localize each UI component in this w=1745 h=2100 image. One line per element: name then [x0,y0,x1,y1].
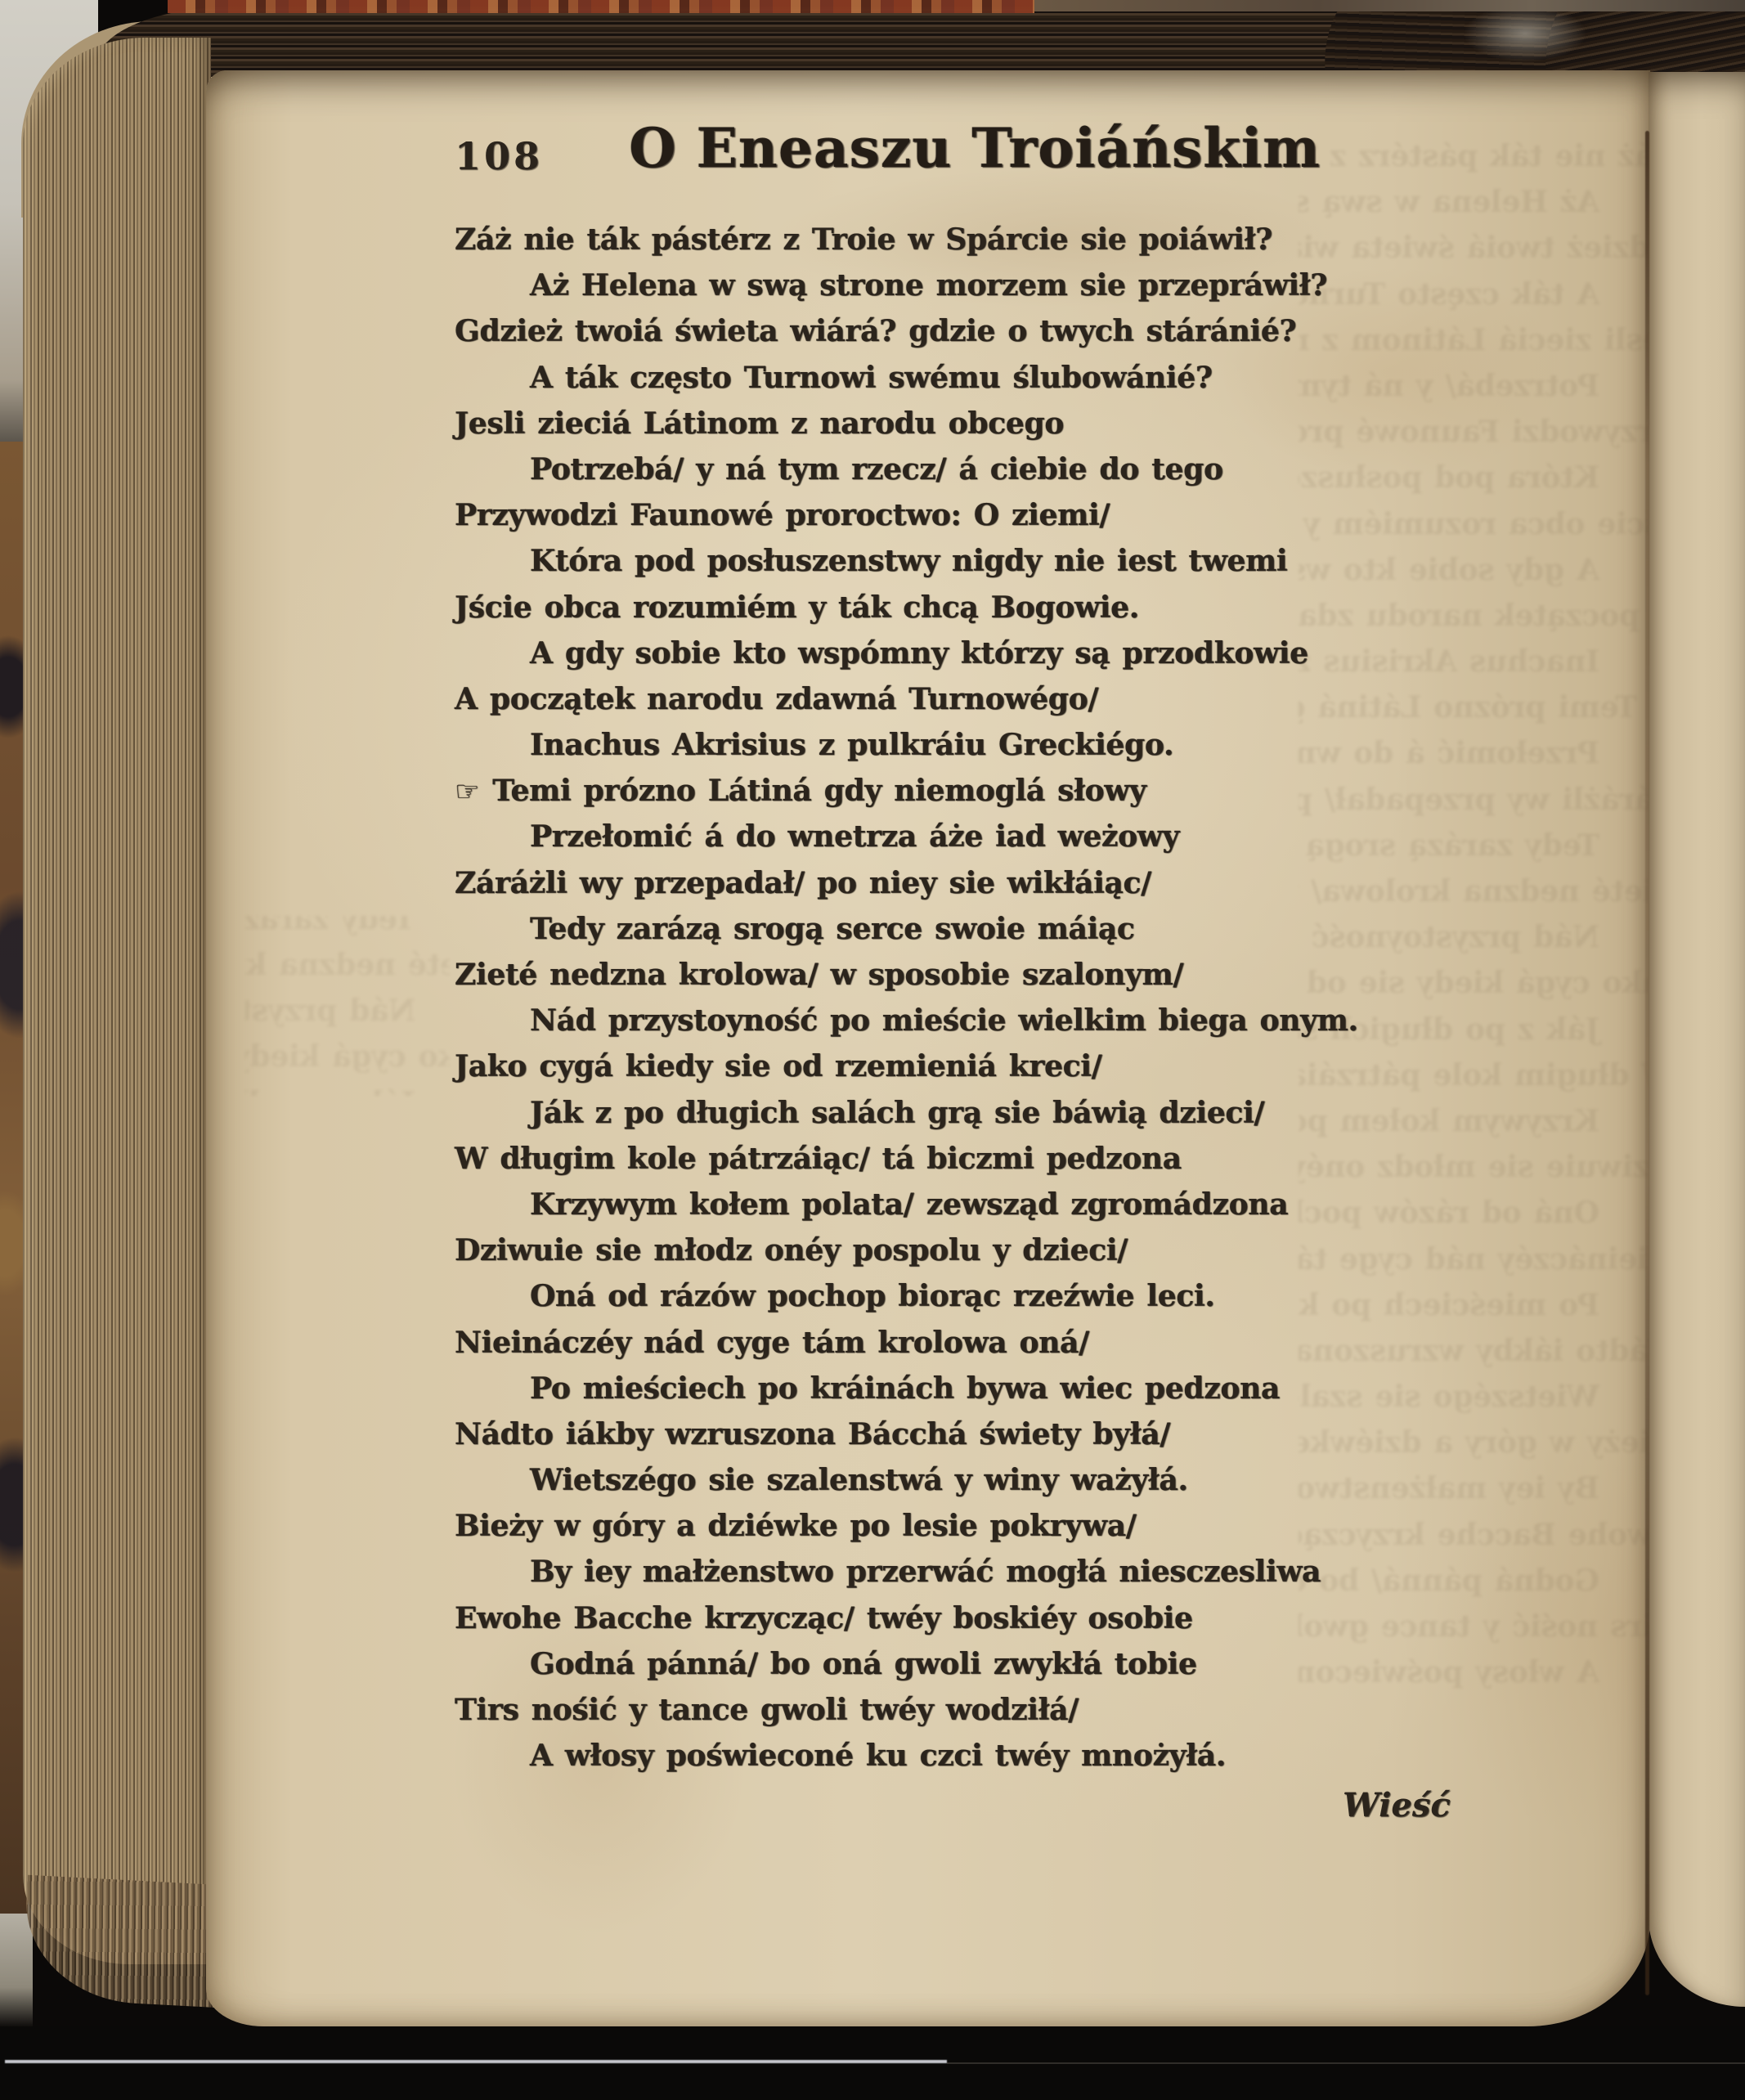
poem-line-text: Dziwuie sie młodz onéy pospolu y dzieci/ [455,1233,1128,1268]
poem-line-text: Aż Helena w swą strone morzem sie przepr… [530,268,1327,303]
poem-line: ☞Temi prózno Látiná gdy niemoglá słowy [455,774,1281,819]
poem-line: Godná pánná/ bo oná gwoli zwykłá tobie [455,1647,1281,1693]
poem-line-text: Nádto iákby wzruszona Bácchá świety byłá… [455,1417,1170,1452]
poem-line: Ewohe Bacche krzycząc/ twéy boskiéy osob… [455,1601,1281,1647]
poem-line-text: Tirs nośić y tance gwoli twéy wodziłá/ [455,1693,1079,1727]
poem-line: Jako cygá kiedy sie od rzemieniá kreci/ [455,1049,1281,1095]
top-edge-right [1034,0,1745,11]
poem-line-text: Ják z po długich salách grą sie báwią dz… [530,1096,1264,1130]
page-number: 108 [455,134,543,178]
book-scan: Záż nie ták pástérz z Troie w Spárcie si… [0,0,1745,2100]
poem-line-text: Bieży w góry a dziéwke po lesie pokrywa/ [455,1509,1137,1543]
marbled-top-edge [168,0,1034,13]
poem-line-text: A początek narodu zdawná Turnowégo/ [455,682,1098,716]
poem-line-text: A ták często Turnowi swému ślubowánié? [530,361,1213,395]
gutter-crease [1645,131,1649,1995]
poem-line: Ják z po długich salách grą sie báwią dz… [455,1096,1281,1142]
poem-line-text: Tedy zarázą srogą serce swoie máiąc [530,912,1135,946]
manicule-icon: ☞ [455,775,479,808]
poem-line: Przywodzi Faunowé proroctwo: O ziemi/ [455,498,1281,544]
poem-line: Oná od rázów pochop biorąc rzeźwie leci. [455,1279,1281,1325]
poem-line-text: A włosy poświeconé ku czci twéy mnożyłá. [530,1739,1226,1773]
poem-line: Jesli zieciá Látinom z narodu obcego [455,406,1281,452]
catchword: Wieść [1343,1786,1451,1824]
page-header-title: O Eneaszu Troiáńskim [607,116,1343,180]
poem-line-text: Potrzebá/ y ná tym rzecz/ á ciebie do te… [530,452,1223,487]
poem-line: A włosy poświeconé ku czci twéy mnożyłá. [455,1739,1281,1784]
poem-line: Gdzież twoiá świeta wiárá? gdzie o twych… [455,314,1281,360]
poem-line-text: Inachus Akrisius z pulkráiu Greckiégo. [530,728,1173,762]
poem-line: A gdy sobie kto wspómny którzy są przodk… [455,636,1281,682]
poem-line-text: Po mieściech po kráinách bywa wiec pedzo… [530,1371,1280,1406]
poem-line: A początek narodu zdawná Turnowégo/ [455,682,1281,728]
scan-artifact-line-dim [947,2062,1745,2064]
next-page-edge [1649,72,1745,2007]
poem-line-text: A gdy sobie kto wspómny którzy są przodk… [530,636,1308,671]
poem-line-text: Godná pánná/ bo oná gwoli zwykłá tobie [530,1647,1197,1681]
poem-line-text: Która pod posłuszenstwy nigdy nie iest t… [530,544,1287,578]
poem-line: Przełomić á do wnetrza áże iad weżowy [455,819,1281,865]
poem-line-text: Ewohe Bacche krzycząc/ twéy boskiéy osob… [455,1601,1193,1636]
poem-line-text: Przełomić á do wnetrza áże iad weżowy [530,819,1179,854]
poem-line-text: Nieináczéy nád cyge tám krolowa oná/ [455,1326,1089,1360]
poem-line-text: Przywodzi Faunowé proroctwo: O ziemi/ [455,498,1110,532]
poem-line-text: By iey małżenstwo przerwáć mogłá niescze… [530,1555,1321,1589]
poem-line-text: Záż nie ták pástérz z Troie w Spárcie si… [455,222,1272,257]
poem-line-text: Krzywym kołem polata/ zewsząd zgromádzon… [530,1187,1288,1222]
poem-line-text: Oná od rázów pochop biorąc rzeźwie leci. [530,1279,1215,1313]
poem-line: Tirs nośić y tance gwoli twéy wodziłá/ [455,1693,1281,1739]
poem-line-text: Jesli zieciá Látinom z narodu obcego [455,406,1064,441]
page-top-edge-highlight [1464,5,1586,62]
poem-line: A ták często Turnowi swému ślubowánié? [455,361,1281,406]
poem-text-block: Záż nie ták pástérz z Troie w Spárcie si… [455,222,1281,1784]
poem-line-text: Záráżli wy przepadał/ po niey sie wikłái… [455,866,1151,900]
poem-line: Tedy zarázą srogą serce swoie máiąc [455,912,1281,958]
poem-line-text: Gdzież twoiá świeta wiárá? gdzie o twych… [455,314,1296,348]
scan-artifact-line [5,2060,947,2063]
poem-line: Nádto iákby wzruszona Bácchá świety byłá… [455,1417,1281,1463]
poem-line: Inachus Akrisius z pulkráiu Greckiégo. [455,728,1281,774]
poem-line-text: W długim kole pátrzáiąc/ tá biczmi pedzo… [455,1142,1182,1176]
poem-line-text: Wietszégo sie szalenstwá y winy ważyłá. [530,1463,1188,1497]
poem-line: Krzywym kołem polata/ zewsząd zgromádzon… [455,1187,1281,1233]
poem-line: Zieté nedzna krolowa/ w sposobie szalony… [455,958,1281,1003]
poem-line-text: Jście obca rozumiém y ták chcą Bogowie. [455,590,1139,625]
poem-line-text: Nád przystoyność po mieście wielkim bieg… [530,1003,1358,1038]
poem-line: Jście obca rozumiém y ták chcą Bogowie. [455,590,1281,636]
poem-line: Nieináczéy nád cyge tám krolowa oná/ [455,1326,1281,1371]
poem-line: Która pod posłuszenstwy nigdy nie iest t… [455,544,1281,590]
poem-line: W długim kole pátrzáiąc/ tá biczmi pedzo… [455,1142,1281,1187]
poem-line: Záż nie ták pástérz z Troie w Spárcie si… [455,222,1281,268]
fore-edge-page-stack [23,38,211,1964]
poem-line: Dziwuie sie młodz onéy pospolu y dzieci/ [455,1233,1281,1279]
poem-line: Bieży w góry a dziéwke po lesie pokrywa/ [455,1509,1281,1555]
poem-line: Aż Helena w swą strone morzem sie przepr… [455,268,1281,314]
poem-line-text: Jako cygá kiedy sie od rzemieniá kreci/ [455,1049,1102,1084]
poem-line: Potrzebá/ y ná tym rzecz/ á ciebie do te… [455,452,1281,498]
poem-line: By iey małżenstwo przerwáć mogłá niescze… [455,1555,1281,1600]
poem-line: Wietszégo sie szalenstwá y winy ważyłá. [455,1463,1281,1509]
poem-line: Nád przystoyność po mieście wielkim bieg… [455,1003,1281,1049]
poem-line-text: Zieté nedzna krolowa/ w sposobie szalony… [455,958,1183,992]
poem-line: Záráżli wy przepadał/ po niey sie wikłái… [455,866,1281,912]
poem-line-text: Temi prózno Látiná gdy niemoglá słowy [492,774,1146,808]
poem-line: Po mieściech po kráinách bywa wiec pedzo… [455,1371,1281,1417]
